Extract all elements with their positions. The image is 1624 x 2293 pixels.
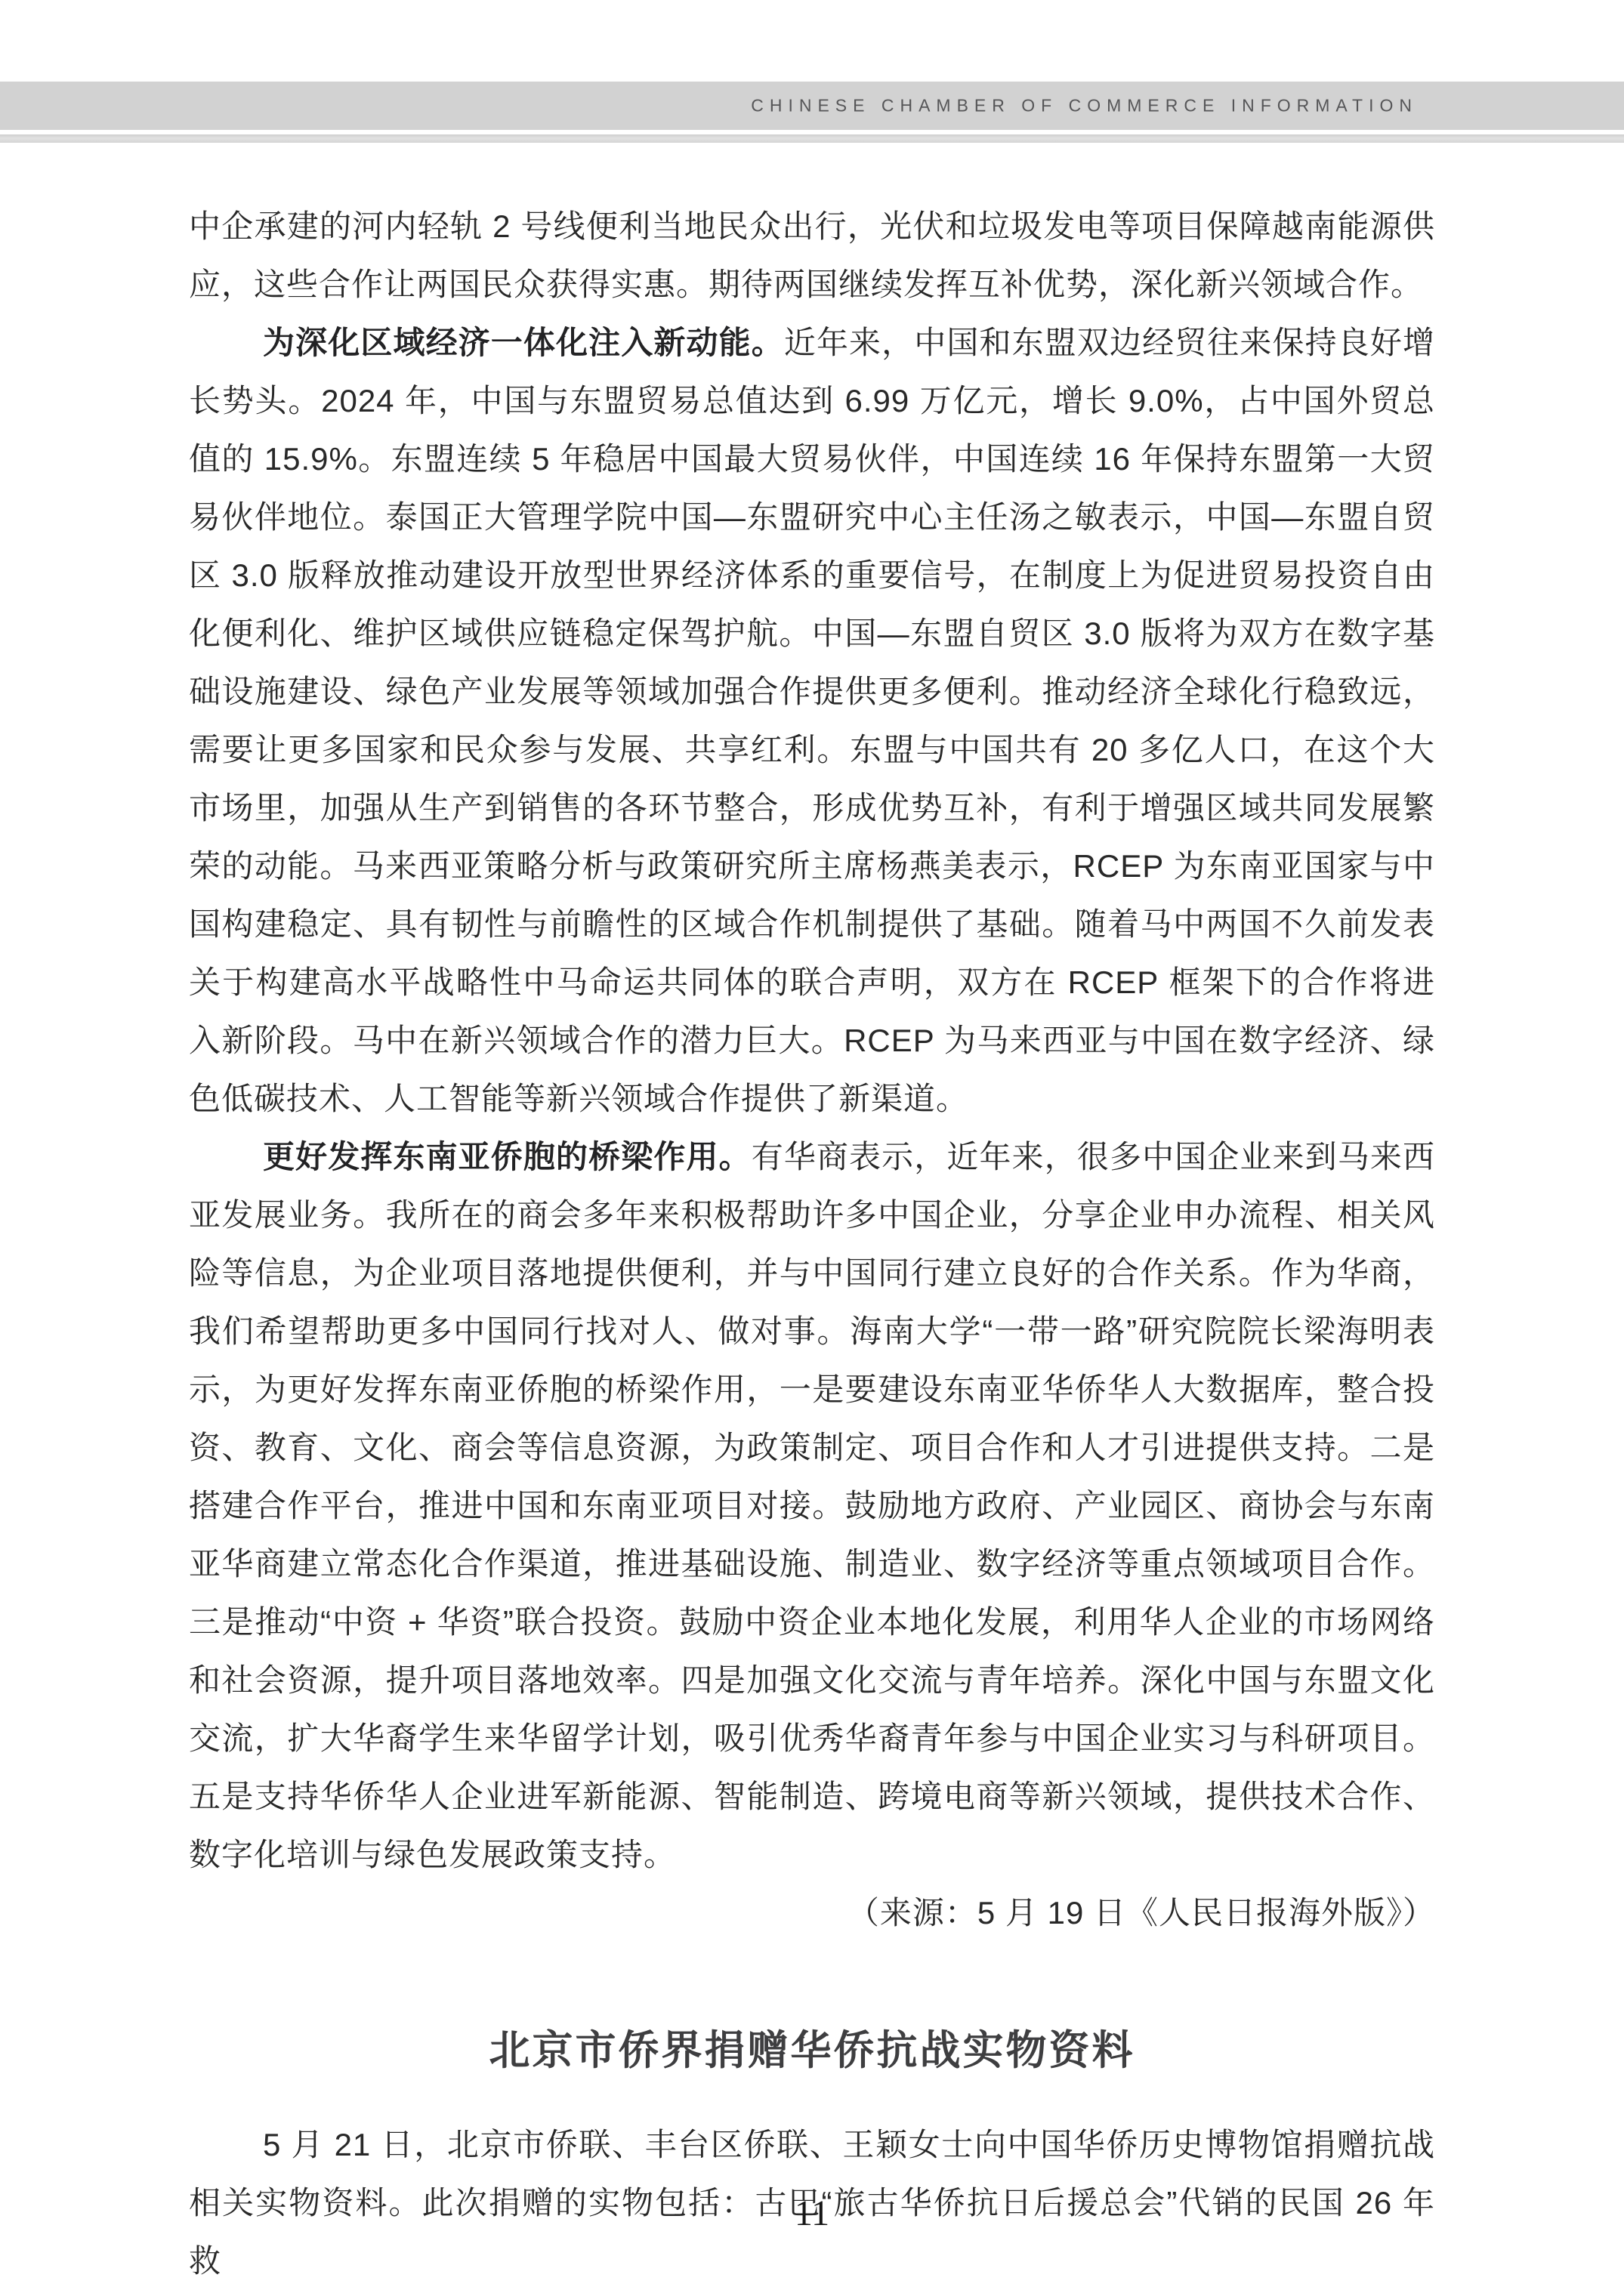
source-line: （来源：5 月 19 日《人民日报海外版》）: [189, 1884, 1435, 1942]
text-run: 有华商表示，近年来，很多中国企业来到马来西亚发展业务。我所在的商会多年来积极帮助…: [189, 1139, 1435, 1872]
header-bar: CHINESE CHAMBER OF COMMERCE INFORMATION: [0, 82, 1624, 130]
text-run: 近年来，中国和东盟双边经贸往来保持良好增长势头。2024 年，中国与东盟贸易总值…: [189, 325, 1435, 1116]
page-number: 11: [0, 2193, 1624, 2234]
bold-lead-in: 更好发挥东南亚侨胞的桥梁作用。: [263, 1139, 752, 1174]
document-page: { "header": { "title": "CHINESE CHAMBER …: [0, 0, 1624, 2293]
header-title: CHINESE CHAMBER OF COMMERCE INFORMATION: [751, 96, 1418, 116]
article: 中企承建的河内轻轨 2 号线便利当地民众出行，光伏和垃圾发电等项目保障越南能源供…: [189, 197, 1435, 2290]
article-body: 中企承建的河内轻轨 2 号线便利当地民众出行，光伏和垃圾发电等项目保障越南能源供…: [189, 197, 1435, 1884]
header-rule: [0, 134, 1624, 143]
text-run: 中企承建的河内轻轨 2 号线便利当地民众出行，光伏和垃圾发电等项目保障越南能源供…: [189, 208, 1435, 302]
section-title: 北京市侨界捐赠华侨抗战实物资料: [189, 2026, 1435, 2075]
bold-lead-in: 为深化区域经济一体化注入新动能。: [263, 325, 784, 360]
paragraph: 中企承建的河内轻轨 2 号线便利当地民众出行，光伏和垃圾发电等项目保障越南能源供…: [189, 197, 1435, 313]
paragraph: 为深化区域经济一体化注入新动能。近年来，中国和东盟双边经贸往来保持良好增长势头。…: [189, 313, 1435, 1128]
paragraph: 更好发挥东南亚侨胞的桥梁作用。有华商表示，近年来，很多中国企业来到马来西亚发展业…: [189, 1128, 1435, 1884]
